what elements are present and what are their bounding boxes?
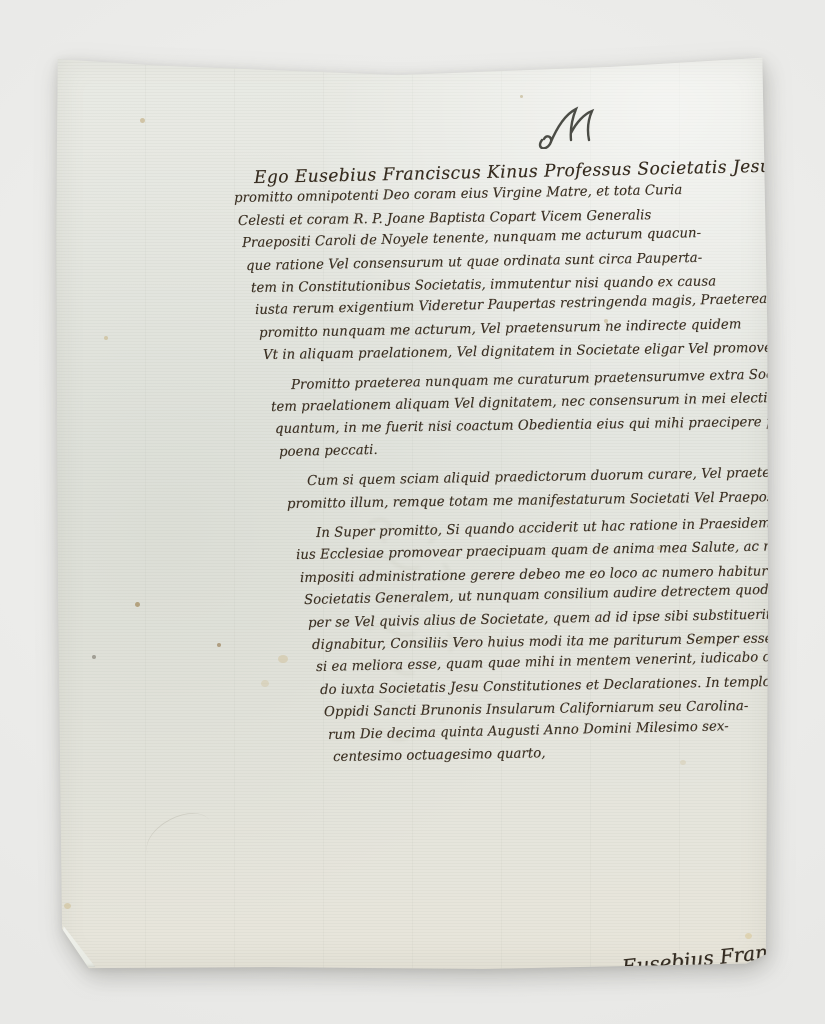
manuscript-line: Promitto praeterea nunquam me curaturum …	[291, 365, 804, 392]
manuscript-line: iusta rerum exigentium Videretur Paupert…	[254, 291, 766, 318]
manuscript-line: poena peccati.	[279, 442, 378, 460]
foxing-spot	[520, 95, 523, 98]
manuscript-line: quantum, in me fuerit nisi coactum Obedi…	[275, 413, 825, 437]
foxing-spot	[278, 655, 288, 663]
foxing-spot	[745, 933, 752, 939]
foxing-spot	[140, 118, 145, 123]
foxing-spot	[92, 655, 96, 659]
manuscript-paper-sheet: Ego Eusebius Franciscus Kinus Professus …	[56, 55, 768, 969]
paper-shadow-wrap: Ego Eusebius Franciscus Kinus Professus …	[0, 0, 825, 1024]
manuscript-line: tem praelationem aliquam Vel dignitatem,…	[271, 389, 805, 415]
manuscript-line: Praepositi Caroli de Noyele tenente, nun…	[242, 225, 701, 251]
foxing-spot	[217, 643, 221, 647]
screenshot-root: Ego Eusebius Franciscus Kinus Professus …	[0, 0, 825, 1024]
foxing-spot	[64, 903, 71, 909]
manuscript-line: Cum si quem sciam aliquid praedictorum d…	[307, 464, 810, 489]
foxing-spot	[104, 336, 108, 340]
manuscript-line: Vt in aliquam praelationem, Vel dignitat…	[263, 340, 787, 363]
manuscript-line: Ego Eusebius Franciscus Kinus Professus …	[254, 157, 772, 188]
dog-ear-fold	[59, 926, 97, 968]
manuscript-line: que ratione Vel consensurum ut quae ordi…	[246, 249, 702, 273]
manuscript-line: promitto nunquam me acturum, Vel praeten…	[259, 316, 742, 341]
foxing-spot	[680, 760, 686, 765]
foxing-spot	[261, 680, 269, 687]
manuscript-line: promitto illum, remque totam me manifest…	[287, 488, 823, 512]
manuscript-line: Celesti et coram R. P. Joane Baptista Co…	[238, 207, 651, 229]
ink-flourish-mark-icon	[534, 103, 614, 149]
signature-line-1: Eusebius Franciscus	[621, 933, 825, 979]
foxing-spot	[135, 602, 140, 607]
signature-line-2: Kinus.	[675, 982, 743, 1009]
surface-scratch	[138, 803, 219, 872]
